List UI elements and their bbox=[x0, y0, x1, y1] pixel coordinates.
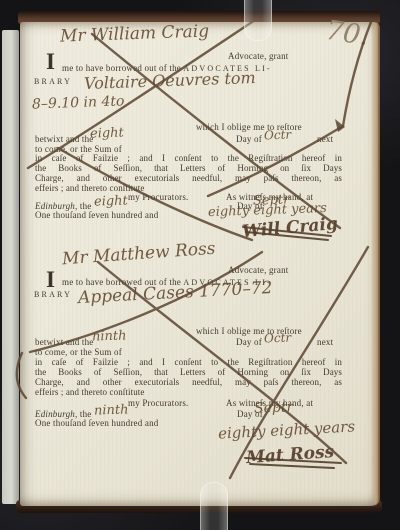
register-page: 70. Mr William Craig Advocate, grant I m… bbox=[20, 22, 378, 506]
failzie-clause-line4: effeirs ; and thereto conſtitute bbox=[35, 387, 342, 397]
next-text: next bbox=[317, 134, 333, 144]
return-day-handwritten: eight bbox=[90, 125, 124, 141]
procurators-text: my Procurators. bbox=[128, 398, 189, 408]
dropcap-i: I bbox=[46, 50, 55, 73]
page-holder-strip-top bbox=[244, 0, 272, 41]
betwixt-text: betwixt and the bbox=[35, 134, 94, 144]
advocate-grant-text: Advocate, grant bbox=[228, 51, 288, 61]
year-handwritten: eighty eight years bbox=[218, 417, 356, 442]
return-day-handwritten: ninth bbox=[92, 328, 127, 344]
return-month-handwritten: Octr bbox=[264, 128, 292, 143]
procurators-text: my Procurators. bbox=[128, 192, 189, 202]
facing-page-edge bbox=[2, 30, 19, 504]
next-text: next bbox=[317, 337, 333, 347]
signing-day-handwritten: eight bbox=[94, 193, 128, 209]
borrower-name-handwritten: Mr Matthew Ross bbox=[61, 239, 216, 270]
page-holder-strip-bottom bbox=[200, 482, 228, 530]
betwixt-text: betwixt and the bbox=[35, 337, 94, 347]
book-volumes-handwritten: 8–9.10 in 4to bbox=[32, 93, 125, 112]
photographed-ledger-page: 70. Mr William Craig Advocate, grant I m… bbox=[0, 0, 400, 530]
deckle-edge bbox=[371, 22, 380, 506]
brary-text: BRARY bbox=[34, 77, 72, 86]
return-month-handwritten: Octr bbox=[264, 331, 292, 346]
borrower-name-handwritten: Mr William Craig bbox=[60, 21, 210, 46]
advocate-grant-text: Advocate, grant bbox=[228, 265, 288, 275]
to-come-text: to come, or the Sum of bbox=[35, 347, 122, 357]
brary-text: BRARY bbox=[34, 290, 72, 299]
dropcap-i: I bbox=[46, 268, 55, 291]
one-thousand-text: One thouſand ſeven hundred and bbox=[35, 418, 158, 428]
day-of-text: Day of bbox=[236, 134, 262, 144]
page-number: 70. bbox=[324, 15, 371, 52]
signing-day-handwritten: ninth bbox=[94, 402, 129, 418]
one-thousand-text: One thouſand ſeven hundred and bbox=[35, 210, 158, 220]
day-of-text: Day of bbox=[236, 337, 262, 347]
signature-handwritten: Mat Ross bbox=[245, 442, 334, 468]
signing-month-handwritten: Septr bbox=[254, 399, 294, 416]
